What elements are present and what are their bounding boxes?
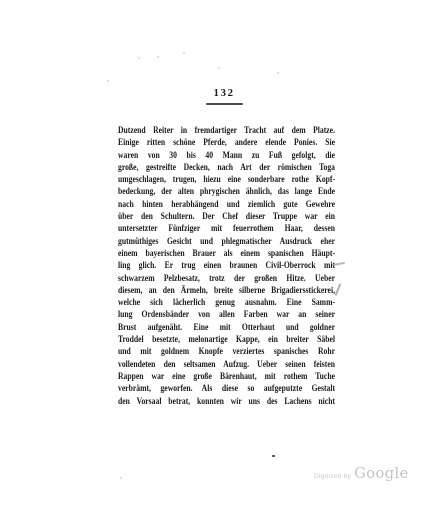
text-line: Rappen war eine große Bärenhaut, mit rot… — [118, 370, 335, 382]
text-line: verbrämt, geworfen. Als diese so aufgepu… — [118, 382, 335, 394]
text-line: große, gestreifte Decken, nach Art der r… — [118, 161, 335, 173]
google-watermark: Digitized by Google — [314, 466, 414, 482]
google-logo: Google — [354, 466, 409, 482]
text-line: über den Schultern. Der Chef dieser Trup… — [118, 210, 335, 222]
page-number: 132 — [0, 87, 448, 99]
text-line: Einige ritten schöne Pferde, andere elen… — [118, 136, 335, 148]
text-line: und mit goldnem Knopfe verziertes spanis… — [118, 345, 335, 357]
body-text: Dutzend Reiter in fremdartiger Tracht au… — [118, 124, 335, 407]
text-line: untersetzter Fünfziger mit feuerrothem H… — [118, 222, 335, 234]
text-line: bedeckung, der alten phrygischen ähnlich… — [118, 185, 335, 197]
scan-speck — [107, 80, 109, 82]
text-line: den Vorsaal betrat, konnten wir uns des … — [118, 395, 335, 407]
text-line: lung Ordensbänder von allen Farben war a… — [118, 308, 335, 320]
text-line: einem bayerischen Brauer als einem spani… — [118, 247, 335, 259]
text-line: gutmüthiges Gesicht und phlegmatischer A… — [118, 235, 335, 247]
ink-dot — [272, 455, 275, 457]
text-line: umgeschlagen, trugen, hiezu eine sonderb… — [118, 173, 335, 185]
text-line: nach hinten herabhängend und ziemlich gu… — [118, 198, 335, 210]
scan-speck — [277, 72, 279, 74]
scan-speck — [120, 477, 122, 479]
text-line: schwarzem Pelzbesatz, trotz der großen H… — [118, 272, 335, 284]
scan-speck — [218, 67, 220, 69]
text-line: Brust aufgenäht. Eine mit Otterhaut und … — [118, 321, 335, 333]
text-line: Dutzend Reiter in fremdartiger Tracht au… — [118, 124, 335, 136]
text-line: Troddel besetzte, melonartige Kappe, ein… — [118, 333, 335, 345]
page-number-rule — [206, 103, 243, 105]
text-line: welche sich lächerlich genug ausnahm. Ei… — [118, 296, 335, 308]
scan-speck — [138, 57, 140, 59]
scanned-book-page: 132 Dutzend Reiter in fremdartiger Trach… — [0, 0, 448, 512]
text-line: waren von 30 bis 40 Mann zu Fuß gefolgt,… — [118, 149, 335, 161]
text-line: ling glich. Er trug einen braunen Civil-… — [118, 259, 335, 271]
scan-speck — [157, 56, 159, 58]
digitized-by-label: Digitized by — [314, 473, 351, 480]
margin-pencil-slash — [335, 283, 342, 296]
scan-speck — [183, 52, 185, 54]
text-line: vollendeten den seltsamen Aufzug. Ueber … — [118, 358, 335, 370]
text-line: diesem, an den Ärmeln, breite silberne B… — [118, 284, 335, 296]
